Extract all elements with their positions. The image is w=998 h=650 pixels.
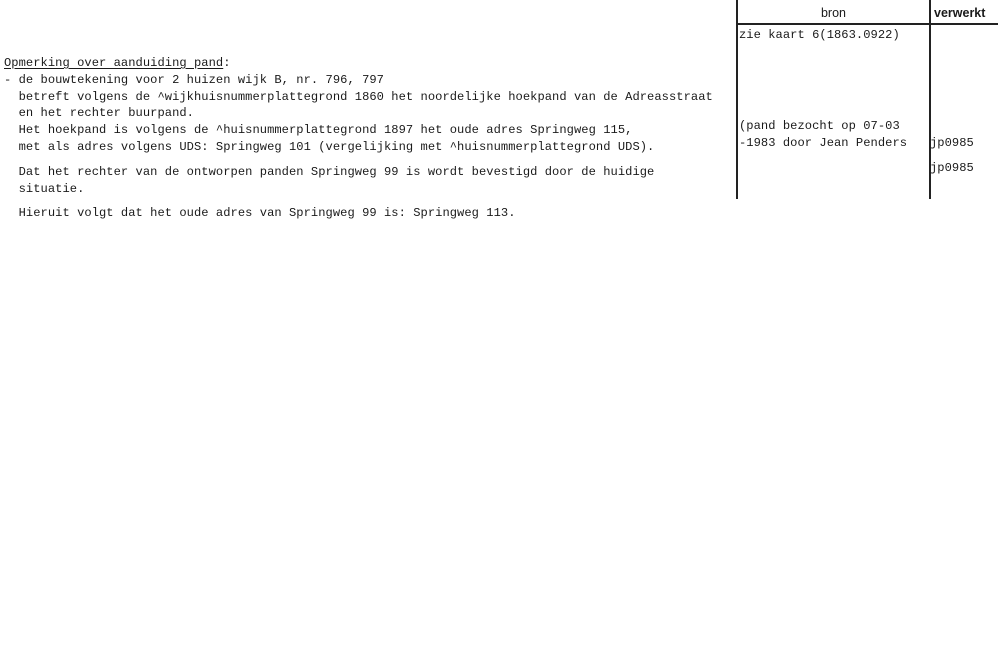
table-cell-verwerkt-3: jp0985 [930, 135, 974, 151]
table-header-verwerkt: verwerkt [934, 6, 985, 20]
table-header-bron: bron [738, 6, 929, 20]
remark-heading-colon: : [223, 56, 230, 70]
table-cell-bron-3: -1983 door Jean Penders [739, 135, 907, 151]
remark-line-2: betreft volgens de ^wijkhuisnummerplatte… [4, 89, 713, 105]
table-cell-verwerkt-4: jp0985 [930, 160, 974, 176]
table-cell-bron-1: zie kaart 6(1863.0922) [739, 27, 900, 43]
remark-line-3: en het rechter buurpand. [4, 105, 194, 121]
table-header-divider [736, 23, 998, 25]
table-left-border [736, 0, 738, 199]
remark-line-4: Het hoekpand is volgens de ^huisnummerpl… [4, 122, 632, 138]
remark-line-5: met als adres volgens UDS: Springweg 101… [4, 139, 654, 155]
remark-line-6: Dat het rechter van de ontworpen panden … [4, 164, 654, 180]
remark-line-7: situatie. [4, 181, 84, 197]
remark-heading-line: Opmerking over aanduiding pand: [4, 55, 231, 71]
remark-line-1: - de bouwtekening voor 2 huizen wijk B, … [4, 72, 384, 88]
remark-line-8: Hieruit volgt dat het oude adres van Spr… [4, 205, 516, 221]
table-cell-bron-2: (pand bezocht op 07-03 [739, 118, 900, 134]
remark-heading: Opmerking over aanduiding pand [4, 56, 223, 70]
